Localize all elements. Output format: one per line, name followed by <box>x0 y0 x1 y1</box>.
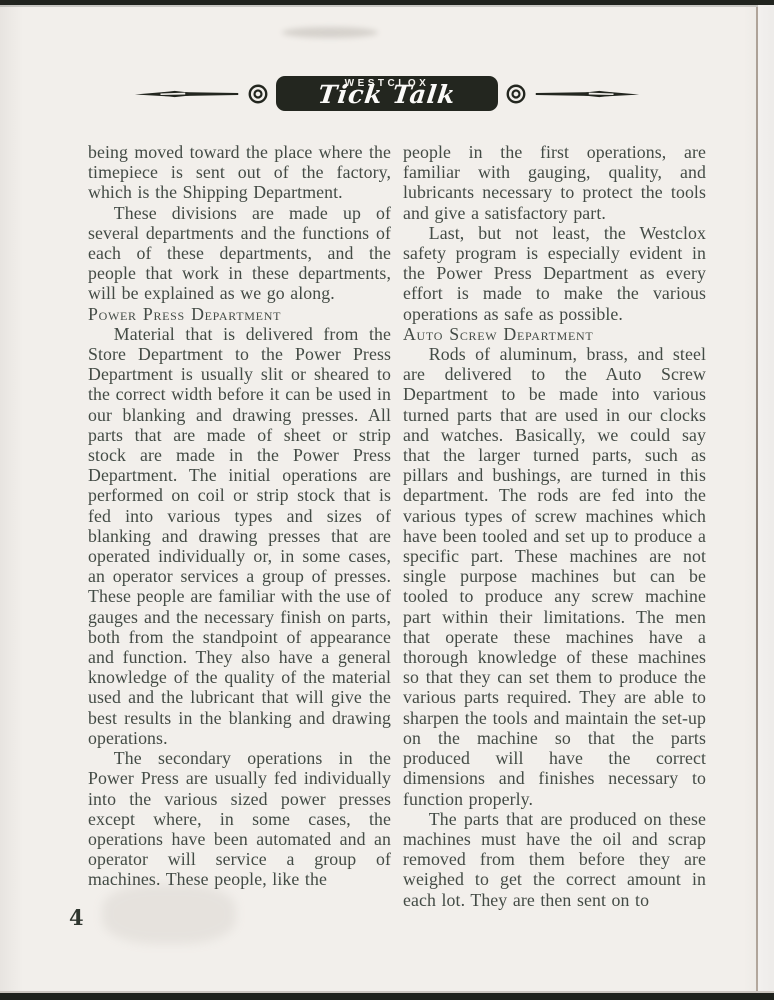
paragraph: These divisions are made up of several d… <box>88 203 391 304</box>
left-clock-hand-icon <box>134 82 240 106</box>
page-number: 4 <box>69 905 84 930</box>
scan-top-edge <box>0 0 774 5</box>
paragraph: Material that is delivered from the Stor… <box>88 324 391 748</box>
paragraph-continued: people in the first operations, are fami… <box>403 142 706 223</box>
body-text: being moved toward the place where the t… <box>88 142 706 910</box>
text-column-right: people in the first operations, are fami… <box>403 142 706 910</box>
right-clock-hand-icon <box>534 82 640 106</box>
paragraph: The parts that are produced on these mac… <box>403 809 706 910</box>
paragraph: Rods of aluminum, brass, and steel are d… <box>403 344 706 809</box>
scan-bottom-edge <box>0 993 774 1000</box>
paragraph: Last, but not least, the Westclox safety… <box>403 223 706 324</box>
left-grommet-icon <box>247 83 269 105</box>
page-edge-margin <box>758 5 774 993</box>
masthead-logo: WESTCLOX Tick Talk <box>134 76 640 111</box>
section-heading-auto-screw: Auto Screw Department <box>403 324 706 344</box>
right-grommet-icon <box>505 83 527 105</box>
text-column-left: being moved toward the place where the t… <box>88 142 391 910</box>
paragraph: The secondary operations in the Power Pr… <box>88 748 391 889</box>
paragraph-continued: being moved toward the place where the t… <box>88 142 391 203</box>
newsletter-title: Tick Talk <box>274 80 500 109</box>
ink-bleed-smudge-top <box>282 27 378 38</box>
page-edge-line <box>756 7 758 991</box>
scanned-page: WESTCLOX Tick Talk being moved toward th… <box>0 0 774 1000</box>
logo-plate: WESTCLOX Tick Talk <box>276 76 498 111</box>
section-heading-power-press: Power Press Department <box>88 304 391 324</box>
